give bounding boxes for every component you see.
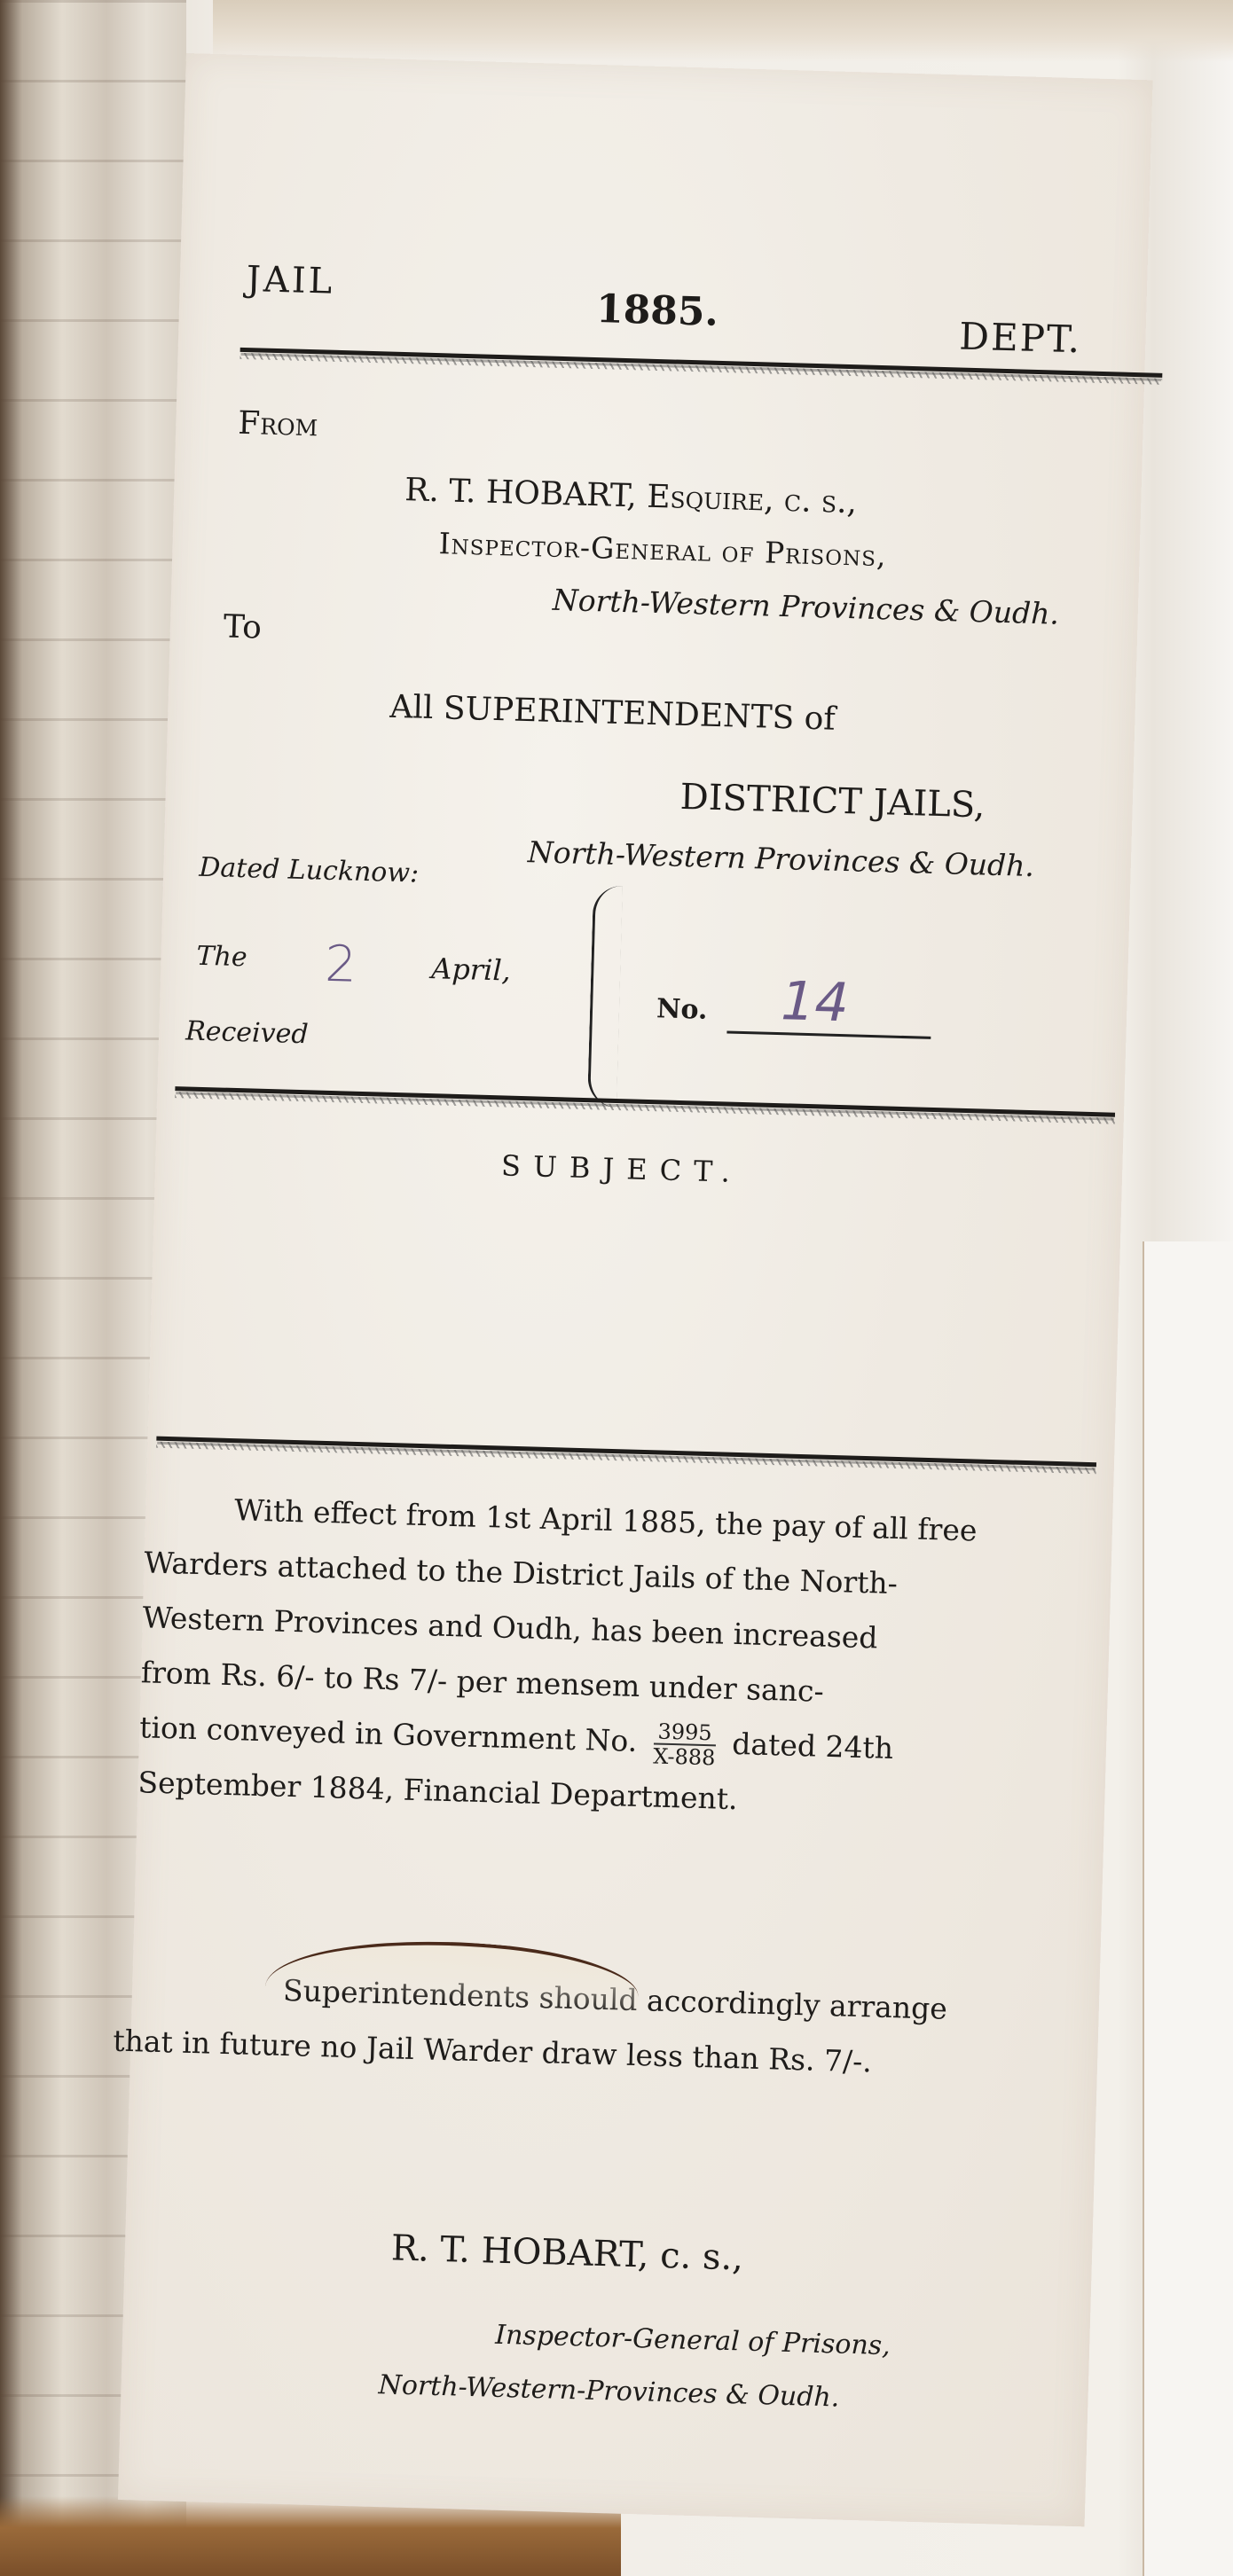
to-recipient-line2: DISTRICT JAILS, bbox=[679, 777, 986, 826]
dated-place-label: Dated Lucknow: bbox=[199, 852, 420, 889]
dated-month: April, bbox=[431, 951, 512, 987]
no-handwritten: 14 bbox=[780, 970, 849, 1034]
page-top-edge bbox=[213, 0, 1233, 62]
dated-rule bbox=[175, 1086, 1115, 1117]
from-label: From bbox=[238, 405, 318, 443]
no-label: No. bbox=[656, 993, 708, 1026]
dated-the-label: The bbox=[196, 941, 247, 974]
from-title: Inspector-General of Prisons, bbox=[438, 526, 887, 573]
header-jail: JAIL bbox=[246, 259, 335, 302]
signature-name: R. T. HOBART, c. s., bbox=[390, 2228, 743, 2278]
header-year: 1885. bbox=[595, 286, 719, 335]
adjacent-page-edge bbox=[1143, 1241, 1233, 2576]
to-label: To bbox=[223, 608, 262, 646]
from-name: R. T. HOBART, Esquire, c. s., bbox=[404, 472, 858, 521]
dated-received-label: Received bbox=[185, 1015, 309, 1050]
brace bbox=[587, 885, 623, 1108]
gov-order-number: 3995 X-888 bbox=[653, 1719, 717, 1769]
subject-rule bbox=[156, 1437, 1096, 1468]
body-line-5-text: tion conveyed in Government No. bbox=[139, 1710, 638, 1758]
gov-order-numerator: 3995 bbox=[654, 1719, 717, 1744]
body-line-5-suffix: dated 24th bbox=[732, 1726, 894, 1766]
subject-label: SUBJECT. bbox=[501, 1148, 743, 1189]
signature-title: Inspector-General of Prisons, bbox=[495, 2320, 891, 2361]
gov-order-denominator: X-888 bbox=[653, 1742, 716, 1769]
body-paragraph-1: With effect from 1st April 1885, the pay… bbox=[137, 1480, 1087, 1836]
dated-day-handwritten: 2 bbox=[324, 936, 357, 994]
signature-region: North-Western-Provinces & Oudh. bbox=[378, 2369, 840, 2414]
header-dept: DEPT. bbox=[959, 314, 1082, 361]
from-region: North-Western Provinces & Oudh. bbox=[552, 583, 1059, 631]
to-recipient-line1: All SUPERINTENDENTS of bbox=[389, 689, 836, 738]
to-region: North-Western Provinces & Oudh. bbox=[527, 834, 1034, 883]
circular-page: JAIL 1885. DEPT. From R. T. HOBART, Esqu… bbox=[118, 53, 1153, 2526]
